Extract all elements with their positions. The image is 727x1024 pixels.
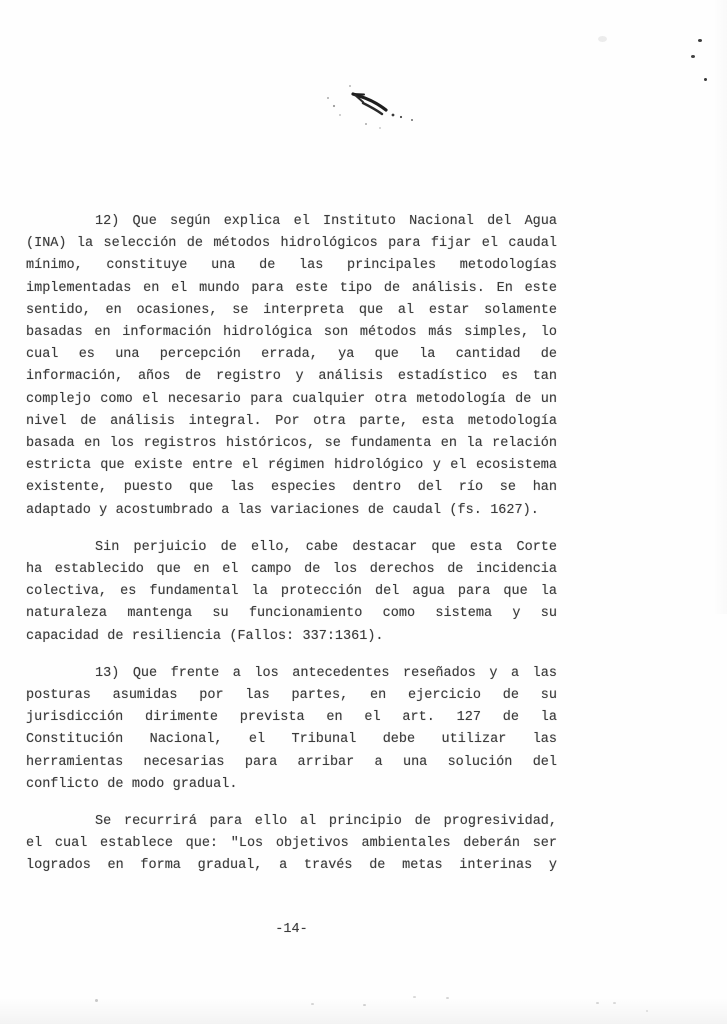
- scan-speckle: [363, 1004, 366, 1006]
- scan-speckle: [95, 999, 98, 1002]
- text-line: información, años de registro y análisis…: [26, 366, 557, 388]
- text-line: nivel de análisis integral. Por otra par…: [26, 411, 557, 433]
- scan-speckle: [598, 36, 607, 42]
- text-line: Se recurrirá para ello al principio de p…: [26, 811, 557, 833]
- paragraph: 13) Que frente a los antecedentes reseña…: [26, 663, 557, 796]
- text-line: el cual establece que: "Los objetivos am…: [26, 833, 557, 855]
- text-line: 12) Que según explica el Instituto Nacio…: [26, 211, 557, 233]
- text-line: adaptado y acostumbrado a las variacione…: [26, 500, 557, 522]
- scan-edge-shade-right: [713, 0, 727, 614]
- scan-speckle: [704, 78, 707, 81]
- text-line: cual es una percepción errada, ya que la…: [26, 344, 557, 366]
- text-line: naturaleza mantenga su funcionamiento co…: [26, 603, 557, 625]
- scan-speckle: [698, 39, 702, 42]
- scan-speckle: [413, 996, 416, 998]
- text-line: posturas asumidas por las partes, en eje…: [26, 685, 557, 707]
- text-line: mínimo, constituye una de las principale…: [26, 255, 557, 277]
- scanned-document-page: 12) Que según explica el Instituto Nacio…: [0, 0, 727, 1024]
- text-line: basadas en información hidrológica son m…: [26, 322, 557, 344]
- text-line: existente, puesto que las especies dentr…: [26, 477, 557, 499]
- paragraph: Se recurrirá para ello al principio de p…: [26, 811, 557, 878]
- handwritten-ink-mark: [322, 84, 422, 136]
- text-line: jurisdicción dirimente prevista en el ar…: [26, 707, 557, 729]
- scan-speckle: [691, 55, 695, 58]
- text-line: capacidad de resiliencia (Fallos: 337:13…: [26, 626, 557, 648]
- text-line: herramientas necesarias para arribar a u…: [26, 752, 557, 774]
- document-body: 12) Que según explica el Instituto Nacio…: [26, 211, 557, 878]
- text-line: implementadas en el mundo para este tipo…: [26, 278, 557, 300]
- text-line: Sin perjuicio de ello, cabe destacar que…: [26, 537, 557, 559]
- scan-speckle: [646, 1010, 648, 1012]
- text-line: basada en los registros históricos, se f…: [26, 433, 557, 455]
- paragraph: Sin perjuicio de ello, cabe destacar que…: [26, 537, 557, 648]
- text-line: complejo como el necesario para cualquie…: [26, 389, 557, 411]
- text-line: (INA) la selección de métodos hidrológic…: [26, 233, 557, 255]
- text-line: 13) Que frente a los antecedentes reseña…: [26, 663, 557, 685]
- page-number: -14-: [26, 919, 557, 941]
- scan-speckle: [613, 1002, 616, 1004]
- text-line: logrados en forma gradual, a través de m…: [26, 855, 557, 877]
- text-line: ha establecido que en el campo de los de…: [26, 559, 557, 581]
- text-line: conflicto de modo gradual.: [26, 774, 557, 796]
- scan-edge-shade-bottom: [0, 998, 727, 1024]
- scan-speckle: [596, 1002, 599, 1004]
- scan-speckle: [311, 1003, 314, 1005]
- text-line: Constitución Nacional, el Tribunal debe …: [26, 729, 557, 751]
- text-line: sentido, en ocasiones, se interpreta que…: [26, 300, 557, 322]
- paragraph: 12) Que según explica el Instituto Nacio…: [26, 211, 557, 522]
- scan-speckle: [446, 997, 449, 999]
- text-line: estricta que existe entre el régimen hid…: [26, 455, 557, 477]
- text-line: colectiva, es fundamental la protección …: [26, 581, 557, 603]
